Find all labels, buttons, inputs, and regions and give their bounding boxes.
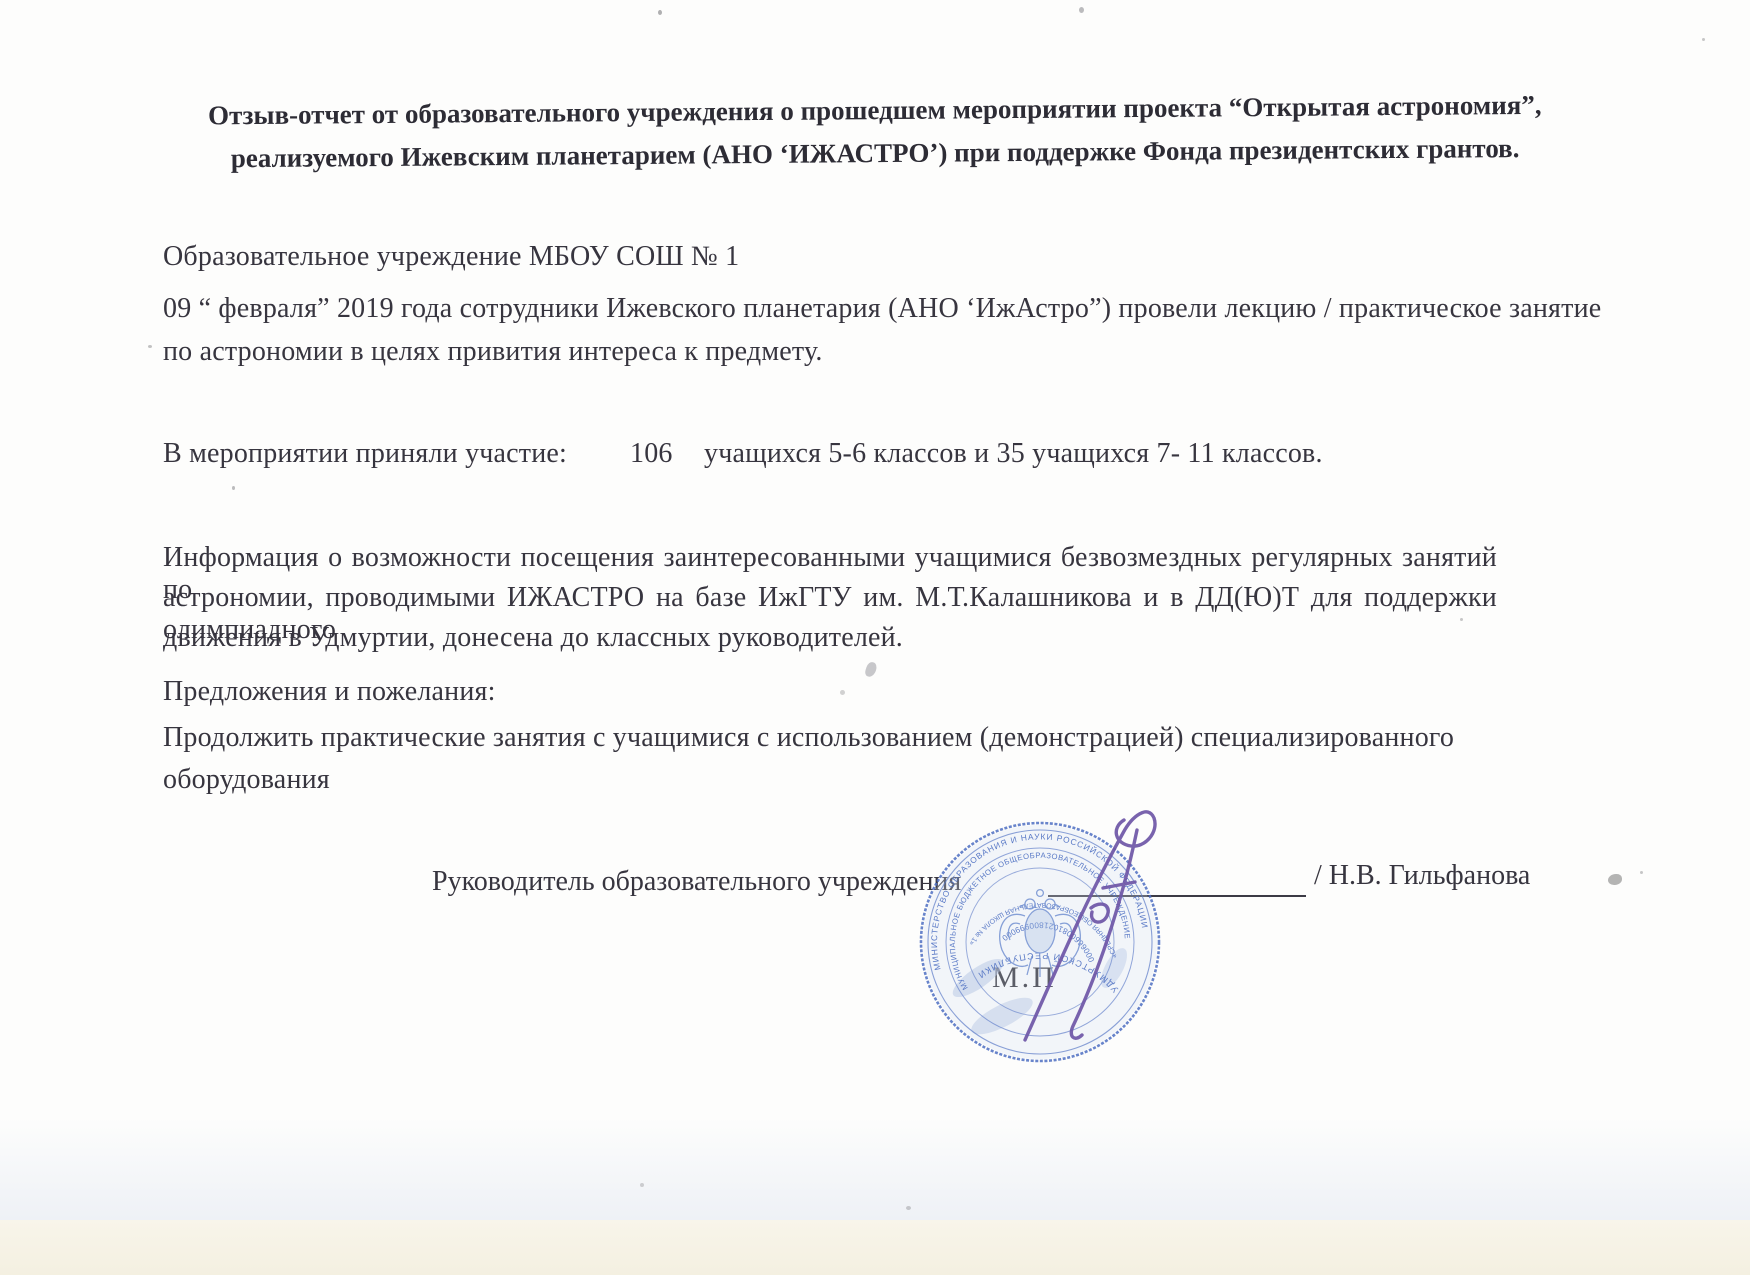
document-title: Отзыв-отчет от образовательного учрежден… xyxy=(0,82,1750,182)
signatory-role-label: Руководитель образовательного учреждения xyxy=(432,866,961,898)
institution-line: Образовательное учреждение МБОУ СОШ № 1 xyxy=(163,241,739,273)
suggestions-line-1: Продолжить практические занятия с учащим… xyxy=(163,722,1454,754)
participants-label: В мероприятии приняли участие: xyxy=(163,438,567,470)
scan-speck xyxy=(1702,38,1705,41)
scan-speck xyxy=(840,690,845,695)
scan-speck xyxy=(640,1183,644,1187)
participants-count: 106 xyxy=(630,438,673,470)
scan-speck xyxy=(1460,618,1463,621)
event-line-2: по астрономии в целях привития интереса … xyxy=(163,336,823,368)
participants-line: В мероприятии приняли участие: 106 учащи… xyxy=(0,438,1750,478)
scan-speck xyxy=(232,486,235,490)
scan-speck xyxy=(658,10,662,15)
event-line-1: 09 “ февраля” 2019 года сотрудники Ижевс… xyxy=(163,293,1601,325)
info-line-3: движения в Удмуртии, донесена до классны… xyxy=(163,622,903,654)
scan-paper-edge-band xyxy=(0,1220,1750,1275)
scan-smudge xyxy=(864,661,878,678)
participants-rest: учащихся 5-6 классов и 35 учащихся 7- 11… xyxy=(704,438,1323,470)
scan-speck xyxy=(1640,871,1643,874)
scan-speck xyxy=(148,345,152,348)
scan-smudge xyxy=(1608,874,1622,885)
handwritten-signature xyxy=(985,788,1195,1053)
scanned-feedback-report: Отзыв-отчет от образовательного учрежден… xyxy=(0,0,1750,1275)
suggestions-line-2: оборудования xyxy=(163,764,330,796)
scan-speck xyxy=(1079,7,1084,13)
signatory-name: / Н.В. Гильфанова xyxy=(1314,860,1530,892)
scan-speck xyxy=(906,1206,911,1210)
scan-shadow-band xyxy=(0,1118,1750,1220)
suggestions-label: Предложения и пожелания: xyxy=(163,676,496,708)
